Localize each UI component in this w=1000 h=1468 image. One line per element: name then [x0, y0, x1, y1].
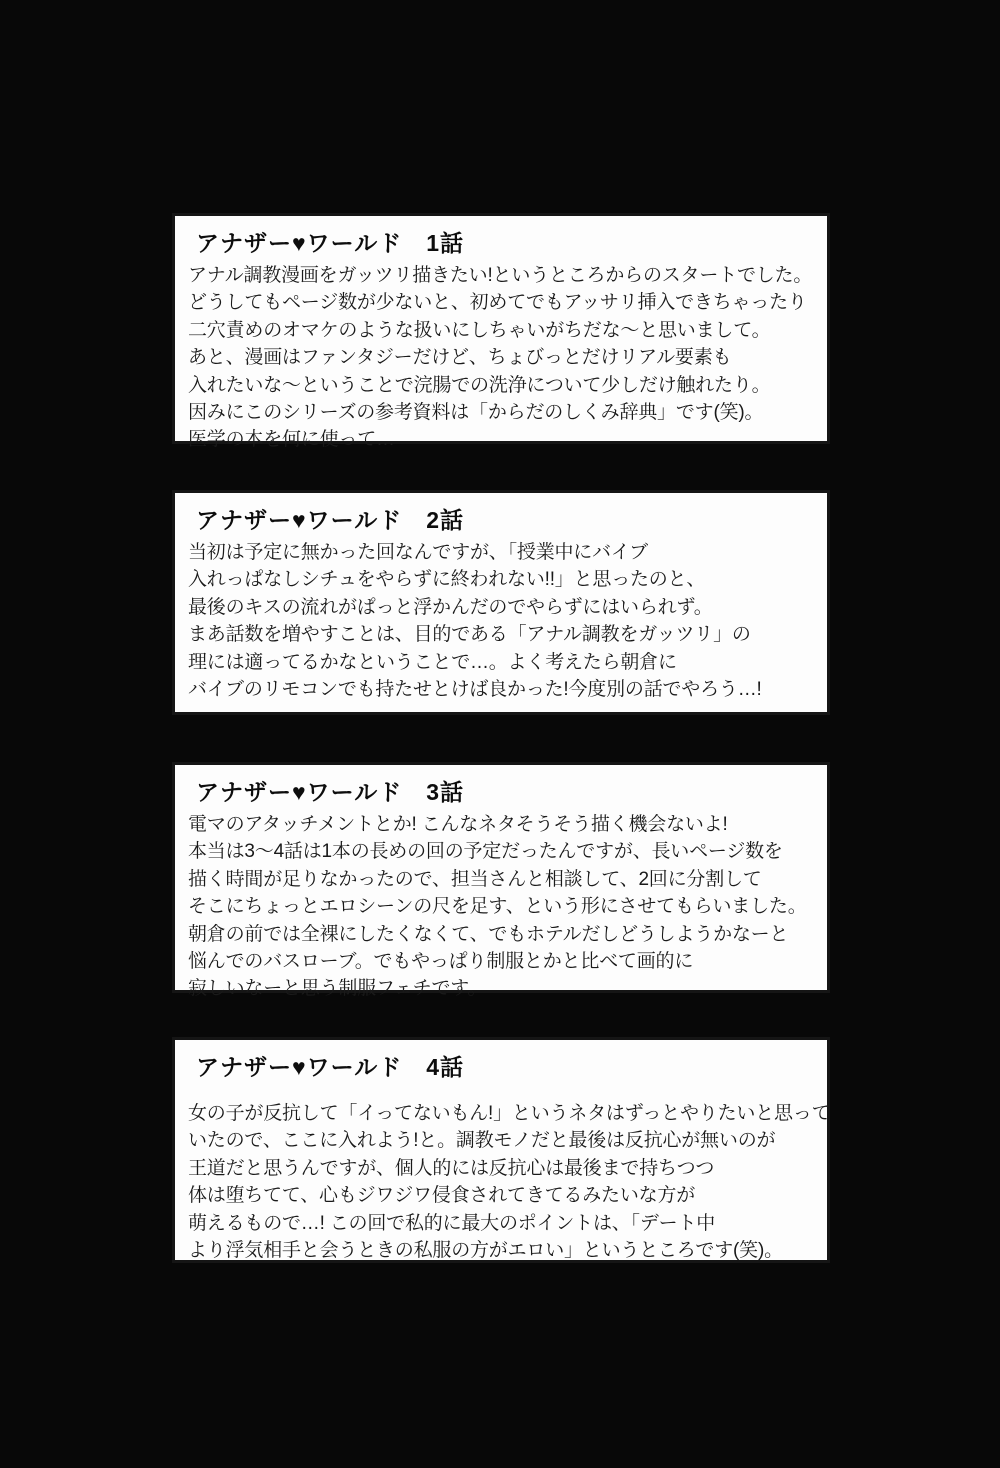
text-line: あと、漫画はファンタジーだけど、ちょびっとだけリアル要素も	[188, 344, 811, 371]
text-line: 電マのアタッチメントとか! こんなネタそうそう描く機会ないよ!	[188, 811, 811, 838]
text-line: 因みにこのシリーズの参考資料は「からだのしくみ辞典」です(笑)。	[188, 399, 811, 426]
text-line: 女の子が反抗して「イってないもん!」というネタはずっとやりたいと思って	[188, 1100, 811, 1127]
episode-title: アナザー♥ワールド 2話	[196, 502, 811, 535]
text-line: まあ話数を増やすことは、目的である「アナル調教をガッツリ」の	[188, 621, 811, 648]
commentary-panel-episode-3: アナザー♥ワールド 3話 電マのアタッチメントとか! こんなネタそうそう描く機会…	[172, 762, 830, 993]
text-line: 当初は予定に無かった回なんですが、「授業中にバイブ	[188, 539, 811, 566]
episode-commentary: 当初は予定に無かった回なんですが、「授業中にバイブ 入れっぱなしシチュをやらずに…	[188, 539, 811, 703]
text-line: アナル調教漫画をガッツリ描きたい!というところからのスタートでした。	[188, 262, 811, 289]
episode-title: アナザー♥ワールド 3話	[196, 774, 811, 807]
text-line: 王道だと思うんですが、個人的には反抗心は最後まで持ちつつ	[188, 1155, 811, 1182]
text-line: 寂しいなーと思う制服フェチです。	[188, 975, 811, 1002]
text-line: いたので、ここに入れよう!と。調教モノだと最後は反抗心が無いのが	[188, 1127, 811, 1154]
text-line: 医学の本を何に使って…	[188, 426, 811, 453]
text-line: 最後のキスの流れがぱっと浮かんだのでやらずにはいられず。	[188, 594, 811, 621]
text-line: 入れたいな〜ということで浣腸での洗浄について少しだけ触れたり。	[188, 372, 811, 399]
text-line: より浮気相手と会うときの私服の方がエロい」というところです(笑)。	[188, 1237, 811, 1264]
text-line: 悩んでのバスローブ。でもやっぱり制服とかと比べて画的に	[188, 948, 811, 975]
episode-commentary: 電マのアタッチメントとか! こんなネタそうそう描く機会ないよ! 本当は3〜4話は…	[188, 811, 811, 1003]
text-line: そこにちょっとエロシーンの尺を足す、という形にさせてもらいました。	[188, 893, 811, 920]
commentary-panel-episode-4: アナザー♥ワールド 4話 女の子が反抗して「イってないもん!」というネタはずっと…	[172, 1037, 830, 1263]
text-line: 入れっぱなしシチュをやらずに終われない!!」と思ったのと、	[188, 566, 811, 593]
commentary-panel-episode-2: アナザー♥ワールド 2話 当初は予定に無かった回なんですが、「授業中にバイブ 入…	[172, 490, 830, 715]
episode-commentary: 女の子が反抗して「イってないもん!」というネタはずっとやりたいと思って いたので…	[188, 1100, 811, 1264]
afterword-page: アナザー♥ワールド 1話 アナル調教漫画をガッツリ描きたい!というところからのス…	[0, 0, 1000, 1468]
text-line: バイブのリモコンでも持たせとけば良かった!今度別の話でやろう…!	[188, 676, 811, 703]
text-line: 体は堕ちてて、心もジワジワ侵食されてきてるみたいな方が	[188, 1182, 811, 1209]
episode-title: アナザー♥ワールド 4話	[196, 1049, 811, 1082]
text-line: 二穴責めのオマケのような扱いにしちゃいがちだな〜と思いまして。	[188, 317, 811, 344]
episode-commentary: アナル調教漫画をガッツリ描きたい!というところからのスタートでした。 どうしても…	[188, 262, 811, 454]
text-line: 理には適ってるかなということで…。よく考えたら朝倉に	[188, 649, 811, 676]
text-line: 朝倉の前では全裸にしたくなくて、でもホテルだしどうしようかなーと	[188, 921, 811, 948]
episode-title: アナザー♥ワールド 1話	[196, 225, 811, 258]
text-line: 萌えるもので…! この回で私的に最大のポイントは、「デート中	[188, 1210, 811, 1237]
commentary-panel-episode-1: アナザー♥ワールド 1話 アナル調教漫画をガッツリ描きたい!というところからのス…	[172, 213, 830, 444]
text-line: どうしてもページ数が少ないと、初めてでもアッサリ挿入できちゃったり	[188, 289, 811, 316]
text-line: 本当は3〜4話は1本の長めの回の予定だったんですが、長いページ数を	[188, 838, 811, 865]
text-line: 描く時間が足りなかったので、担当さんと相談して、2回に分割して	[188, 866, 811, 893]
